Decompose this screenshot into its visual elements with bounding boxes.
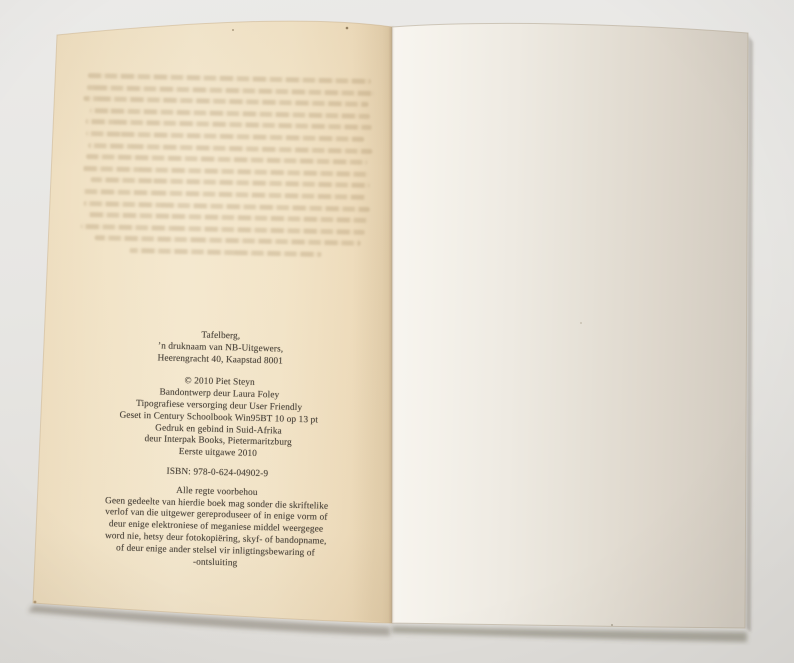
show-through-line bbox=[82, 189, 365, 200]
colophon-text: Tafelberg, ’n druknaam van NB-Uitgewers,… bbox=[50, 327, 386, 574]
publisher-block: Tafelberg, ’n druknaam van NB-Uitgewers,… bbox=[55, 327, 386, 371]
isbn-block: ISBN: 978-0-624-04902-9 bbox=[52, 464, 382, 484]
photo-open-book-colophon: Tafelberg, ’n druknaam van NB-Uitgewers,… bbox=[0, 0, 794, 663]
show-through-text bbox=[80, 73, 374, 265]
show-through-line bbox=[87, 85, 375, 96]
imprint-block: © 2010 Piet Steyn Bandontwerp deur Laura… bbox=[53, 373, 385, 464]
rights-block: Alle regte voorbehou Geen gedeelte van h… bbox=[50, 483, 382, 574]
isbn-line: ISBN: 978-0-624-04902-9 bbox=[52, 464, 382, 484]
show-through-line bbox=[88, 143, 372, 154]
show-through-line bbox=[81, 224, 365, 235]
show-through-line bbox=[95, 236, 361, 247]
show-through-line bbox=[129, 248, 321, 257]
show-through-line bbox=[86, 131, 364, 142]
show-through-line bbox=[83, 96, 368, 107]
show-through-line bbox=[86, 154, 367, 165]
show-through-line bbox=[84, 201, 370, 212]
show-through-line bbox=[86, 119, 372, 130]
show-through-line bbox=[90, 177, 369, 188]
show-through-line bbox=[90, 108, 370, 119]
show-through-line bbox=[88, 212, 368, 223]
show-through-line bbox=[83, 166, 369, 177]
